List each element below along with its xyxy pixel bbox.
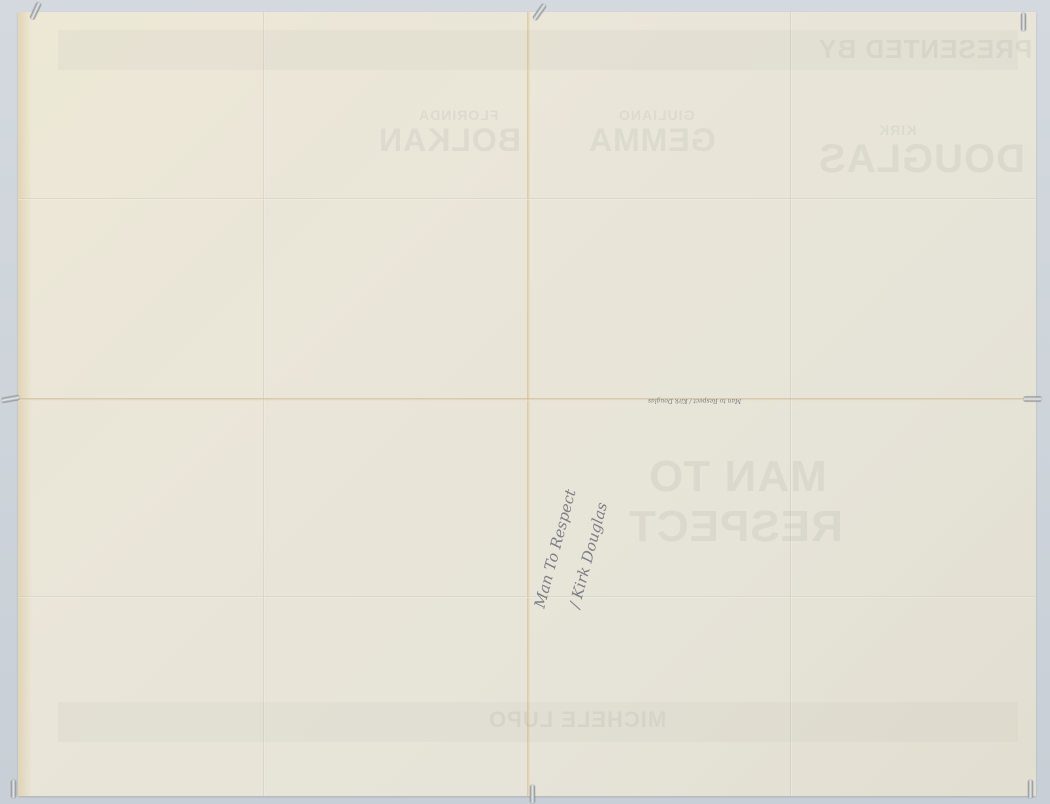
poster-back: PRESENTED BY KIRK DOUGLAS GIULIANO GEMMA… — [18, 12, 1036, 796]
fold-line-horizontal — [18, 596, 1036, 598]
clip-icon — [1024, 397, 1042, 402]
fold-line-horizontal — [18, 198, 1036, 200]
pencil-small-note: Man to Respect / Kirk Douglas — [648, 397, 741, 404]
fold-line-vertical-center — [527, 12, 530, 796]
showthrough-actor-last: GEMMA — [588, 122, 716, 159]
showthrough-title-1: MAN TO — [648, 452, 827, 502]
clip-icon — [11, 780, 16, 798]
showthrough-actor-first: KIRK — [878, 122, 916, 138]
clip-icon — [530, 785, 535, 803]
clip-icon — [1021, 13, 1026, 31]
fold-line-vertical — [263, 12, 265, 796]
showthrough-credit: MICHELE LUPO — [488, 707, 666, 733]
showthrough-actor-last: DOUGLAS — [818, 137, 1025, 182]
showthrough-actor-first: FLORINDA — [418, 107, 498, 123]
fold-line-horizontal-center — [18, 398, 1036, 401]
showthrough-actor-first: GIULIANO — [618, 107, 694, 123]
showthrough-actor-last: BOLKAN — [378, 122, 521, 159]
showthrough-banner-text: PRESENTED BY — [818, 34, 1032, 65]
fold-line-vertical — [790, 12, 792, 796]
clip-icon — [1028, 780, 1033, 798]
showthrough-title-2: RESPECT — [628, 502, 843, 552]
